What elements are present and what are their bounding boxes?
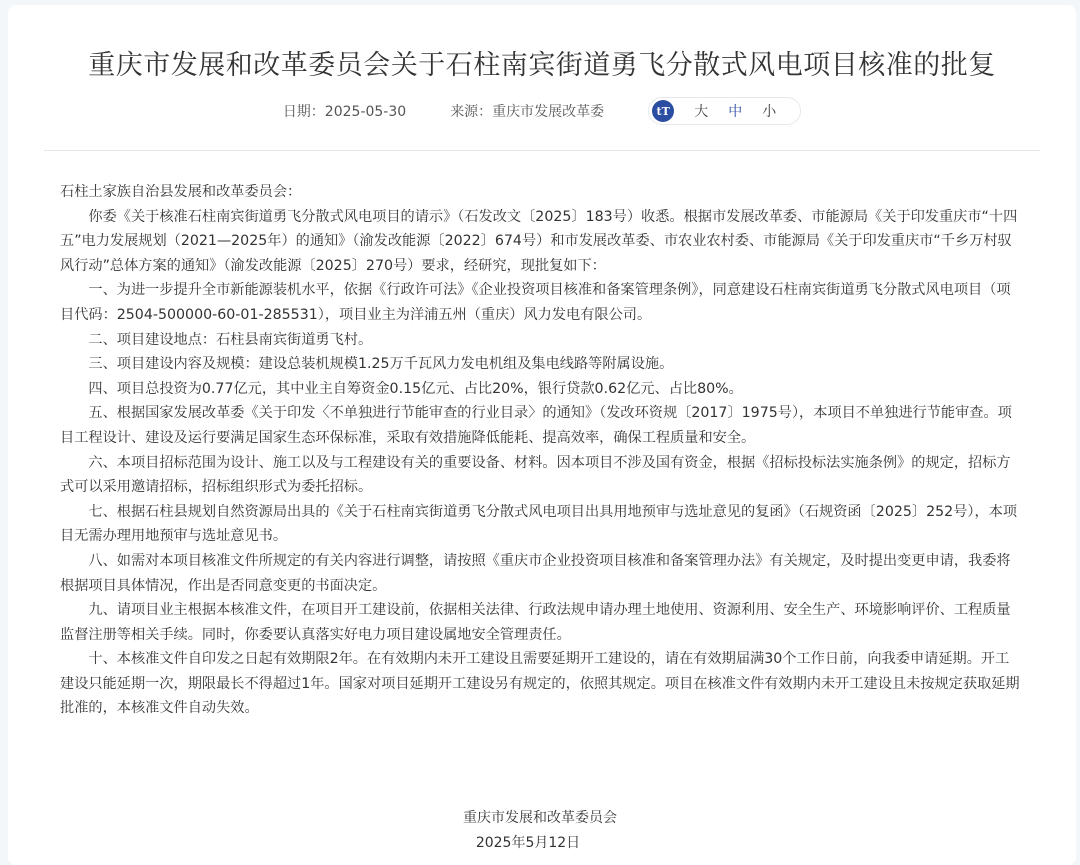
font-size-control: tT 大 中 小: [648, 97, 801, 125]
publish-source: 来源：重庆市发展改革委: [450, 101, 604, 121]
paragraph-10: 十、本核准文件自印发之日起有效期限2年。在有效期内未开工建设且需要延期开工建设的…: [60, 647, 1020, 721]
signature-issuer: 重庆市发展和改革委员会: [0, 806, 1080, 831]
font-size-small-button[interactable]: 小: [762, 101, 776, 121]
article-body: 石柱土家族自治县发展和改革委员会： 你委《关于核准石柱南宾街道勇飞分散式风电项目…: [60, 180, 1020, 721]
publish-date: 日期：2025-05-30: [283, 101, 406, 121]
signature-block: 重庆市发展和改革委员会 2025年5月12日: [0, 806, 1080, 854]
font-size-icon: tT: [652, 100, 674, 122]
paragraph-5: 五、根据国家发展改革委《关于印发〈不单独进行节能审查的行业目录〉的通知》（发改环…: [60, 401, 1020, 450]
paragraph-2: 二、项目建设地点：石柱县南宾街道勇飞村。: [60, 328, 1020, 353]
paragraph-6: 六、本项目招标范围为设计、施工以及与工程建设有关的重要设备、材料。因本项目不涉及…: [60, 451, 1020, 500]
paragraph-intro: 你委《关于核准石柱南宾街道勇飞分散式风电项目的请示》（石发改文〔2025〕183…: [60, 205, 1020, 279]
font-size-medium-button[interactable]: 中: [728, 101, 742, 121]
paragraph-4: 四、项目总投资为0.77亿元，其中业主自筹资金0.15亿元、占比20%，银行贷款…: [60, 377, 1020, 402]
paragraph-8: 八、如需对本项目核准文件所规定的有关内容进行调整，请按照《重庆市企业投资项目核准…: [60, 549, 1020, 598]
font-size-large-button[interactable]: 大: [694, 101, 708, 121]
paragraph-3: 三、项目建设内容及规模：建设总装机规模1.25万千瓦风力发电机组及集电线路等附属…: [60, 352, 1020, 377]
article-meta: 日期：2025-05-30 来源：重庆市发展改革委 tT 大 中 小: [8, 97, 1076, 125]
paragraph-9: 九、请项目业主根据本核准文件，在项目开工建设前，依据相关法律、行政法规申请办理土…: [60, 598, 1020, 647]
signature-date: 2025年5月12日: [0, 831, 1068, 854]
paragraph-7: 七、根据石柱县规划自然资源局出具的《关于石柱南宾街道勇飞分散式风电项目出具用地预…: [60, 500, 1020, 549]
header-divider: [44, 150, 1040, 151]
paragraph-1: 一、为进一步提升全市新能源装机水平，依据《行政许可法》《企业投资项目核准和备案管…: [60, 278, 1020, 327]
salutation: 石柱土家族自治县发展和改革委员会：: [60, 180, 1020, 205]
article-title: 重庆市发展和改革委员会关于石柱南宾街道勇飞分散式风电项目核准的批复: [8, 43, 1076, 82]
